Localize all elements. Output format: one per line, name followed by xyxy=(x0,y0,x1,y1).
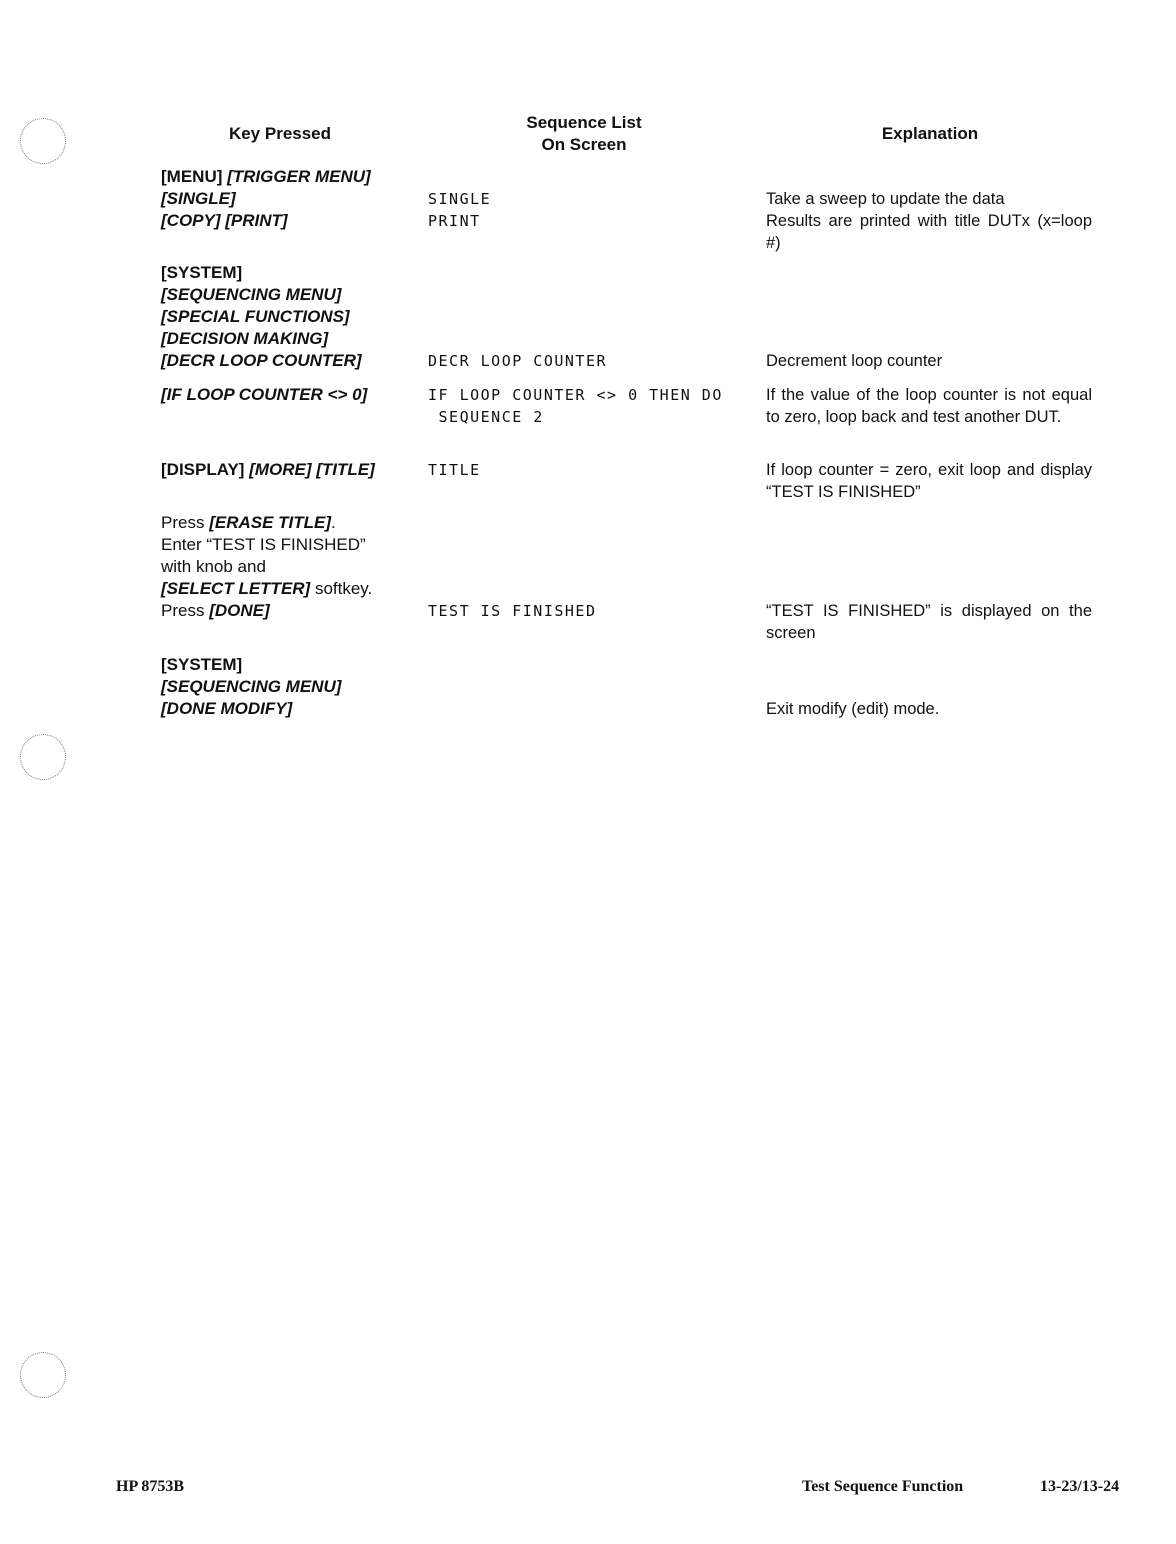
sequence-line xyxy=(428,578,597,600)
key-label: [ERASE TITLE] xyxy=(209,513,331,532)
explanation-line xyxy=(766,676,1092,698)
key-label: [SEQUENCING MENU] xyxy=(161,285,341,304)
instruction-text: with knob and xyxy=(161,557,266,576)
sequence-line xyxy=(428,166,491,188)
sequence-line xyxy=(428,328,607,350)
key-line: [DECISION MAKING] xyxy=(161,328,362,350)
sequence-line xyxy=(428,306,607,328)
key-pressed-cell: [DISPLAY] [MORE] [TITLE] xyxy=(161,459,375,481)
instruction-text: Enter “TEST IS FINISHED” xyxy=(161,535,366,554)
key-line: [DONE MODIFY] xyxy=(161,698,341,720)
key-label: [SELECT LETTER] xyxy=(161,579,310,598)
sequence-list-cell: DECR LOOP COUNTER xyxy=(428,262,607,372)
instruction-text: Press xyxy=(161,513,209,532)
footer-section: Test Sequence Function xyxy=(802,1478,963,1496)
sequence-line xyxy=(428,262,607,284)
key-label: [DONE MODIFY] xyxy=(161,699,292,718)
key-line: [SYSTEM] xyxy=(161,262,362,284)
explanation-cell: If loop counter = zero, exit loop and di… xyxy=(766,459,1092,503)
explanation-line xyxy=(766,284,1092,306)
explanation-line xyxy=(766,534,1092,556)
sequence-list-cell: SINGLEPRINT xyxy=(428,166,491,232)
key-label: [MENU] xyxy=(161,167,227,186)
key-line: [SEQUENCING MENU] xyxy=(161,676,341,698)
header-sequence-line2: On Screen xyxy=(484,134,684,156)
key-label: [DONE] xyxy=(209,601,269,620)
explanation-line: Results are printed with title DUTx (x=l… xyxy=(766,210,1092,254)
explanation-cell: “TEST IS FINISHED” is displayed on the s… xyxy=(766,512,1092,644)
key-line: [MENU] [TRIGGER MENU] xyxy=(161,166,371,188)
key-label: [DECISION MAKING] xyxy=(161,329,328,348)
key-label: [COPY] [PRINT] xyxy=(161,211,288,230)
sequence-line: SINGLE xyxy=(428,188,491,210)
explanation-cell: Decrement loop counter xyxy=(766,262,1092,372)
sequence-list-cell: TITLE xyxy=(428,459,481,481)
key-label: [SYSTEM] xyxy=(161,655,242,674)
sequence-line xyxy=(428,284,607,306)
explanation-line xyxy=(766,654,1092,676)
explanation-line: If the value of the loop counter is not … xyxy=(766,384,1092,428)
sequence-list-cell: IF LOOP COUNTER <> 0 THEN DO SEQUENCE 2 xyxy=(428,384,723,428)
explanation-line xyxy=(766,556,1092,578)
key-pressed-cell: [SYSTEM][SEQUENCING MENU][SPECIAL FUNCTI… xyxy=(161,262,362,372)
explanation-cell: If the value of the loop counter is not … xyxy=(766,384,1092,428)
key-label: [TRIGGER MENU] xyxy=(227,167,371,186)
binder-hole-bottom xyxy=(20,1352,66,1398)
sequence-line: TITLE xyxy=(428,459,481,481)
key-pressed-cell: Press [ERASE TITLE].Enter “TEST IS FINIS… xyxy=(161,512,372,622)
header-sequence-line1: Sequence List xyxy=(484,112,684,134)
explanation-line xyxy=(766,512,1092,534)
key-line: Press [DONE] xyxy=(161,600,372,622)
key-label: [SEQUENCING MENU] xyxy=(161,677,341,696)
explanation-line xyxy=(766,306,1092,328)
header-explanation: Explanation xyxy=(830,123,1030,145)
key-line: with knob and xyxy=(161,556,372,578)
key-pressed-cell: [IF LOOP COUNTER <> 0] xyxy=(161,384,367,406)
sequence-line xyxy=(428,512,597,534)
explanation-cell: Exit modify (edit) mode. xyxy=(766,654,1092,720)
sequence-line xyxy=(428,556,597,578)
sequence-line: SEQUENCE 2 xyxy=(428,406,723,428)
key-label: [MORE] [TITLE] xyxy=(249,460,375,479)
instruction-text: Press xyxy=(161,601,209,620)
explanation-line xyxy=(766,328,1092,350)
sequence-line: PRINT xyxy=(428,210,491,232)
key-label: [IF LOOP COUNTER <> 0] xyxy=(161,385,367,404)
key-pressed-cell: [MENU] [TRIGGER MENU][SINGLE][COPY] [PRI… xyxy=(161,166,371,232)
sequence-line: TEST IS FINISHED xyxy=(428,600,597,622)
header-key-pressed: Key Pressed xyxy=(180,123,380,145)
key-line: [DECR LOOP COUNTER] xyxy=(161,350,362,372)
key-line: Enter “TEST IS FINISHED” xyxy=(161,534,372,556)
key-label: [SINGLE] xyxy=(161,189,236,208)
key-label: [DISPLAY] xyxy=(161,460,249,479)
key-line: [SINGLE] xyxy=(161,188,371,210)
key-label: [SYSTEM] xyxy=(161,263,242,282)
key-line: [DISPLAY] [MORE] [TITLE] xyxy=(161,459,375,481)
key-line: [IF LOOP COUNTER <> 0] xyxy=(161,384,367,406)
key-line: [SPECIAL FUNCTIONS] xyxy=(161,306,362,328)
explanation-line: “TEST IS FINISHED” is displayed on the s… xyxy=(766,600,1092,644)
binder-hole-middle xyxy=(20,734,66,780)
key-label: [DECR LOOP COUNTER] xyxy=(161,351,362,370)
key-line: [COPY] [PRINT] xyxy=(161,210,371,232)
key-line: [SEQUENCING MENU] xyxy=(161,284,362,306)
explanation-line xyxy=(766,578,1092,600)
sequence-line xyxy=(428,534,597,556)
sequence-line: IF LOOP COUNTER <> 0 THEN DO xyxy=(428,384,723,406)
key-line: [SELECT LETTER] softkey. xyxy=(161,578,372,600)
instruction-text: . xyxy=(331,513,336,532)
explanation-line xyxy=(766,262,1092,284)
explanation-line: Exit modify (edit) mode. xyxy=(766,698,1092,720)
sequence-list-cell: TEST IS FINISHED xyxy=(428,512,597,622)
instruction-text: softkey. xyxy=(310,579,372,598)
key-line: Press [ERASE TITLE]. xyxy=(161,512,372,534)
footer-page-number: 13-23/13-24 xyxy=(1040,1478,1119,1496)
sequence-line: DECR LOOP COUNTER xyxy=(428,350,607,372)
binder-hole-top xyxy=(20,118,66,164)
key-line: [SYSTEM] xyxy=(161,654,341,676)
key-label: [SPECIAL FUNCTIONS] xyxy=(161,307,350,326)
header-sequence-list: Sequence List On Screen xyxy=(484,112,684,156)
explanation-line: Take a sweep to update the data xyxy=(766,188,1092,210)
key-pressed-cell: [SYSTEM][SEQUENCING MENU][DONE MODIFY] xyxy=(161,654,341,720)
explanation-line: Decrement loop counter xyxy=(766,350,1092,372)
explanation-line: If loop counter = zero, exit loop and di… xyxy=(766,459,1092,503)
explanation-cell: Take a sweep to update the dataResults a… xyxy=(766,166,1092,254)
explanation-line xyxy=(766,166,1092,188)
footer-model: HP 8753B xyxy=(116,1478,184,1496)
